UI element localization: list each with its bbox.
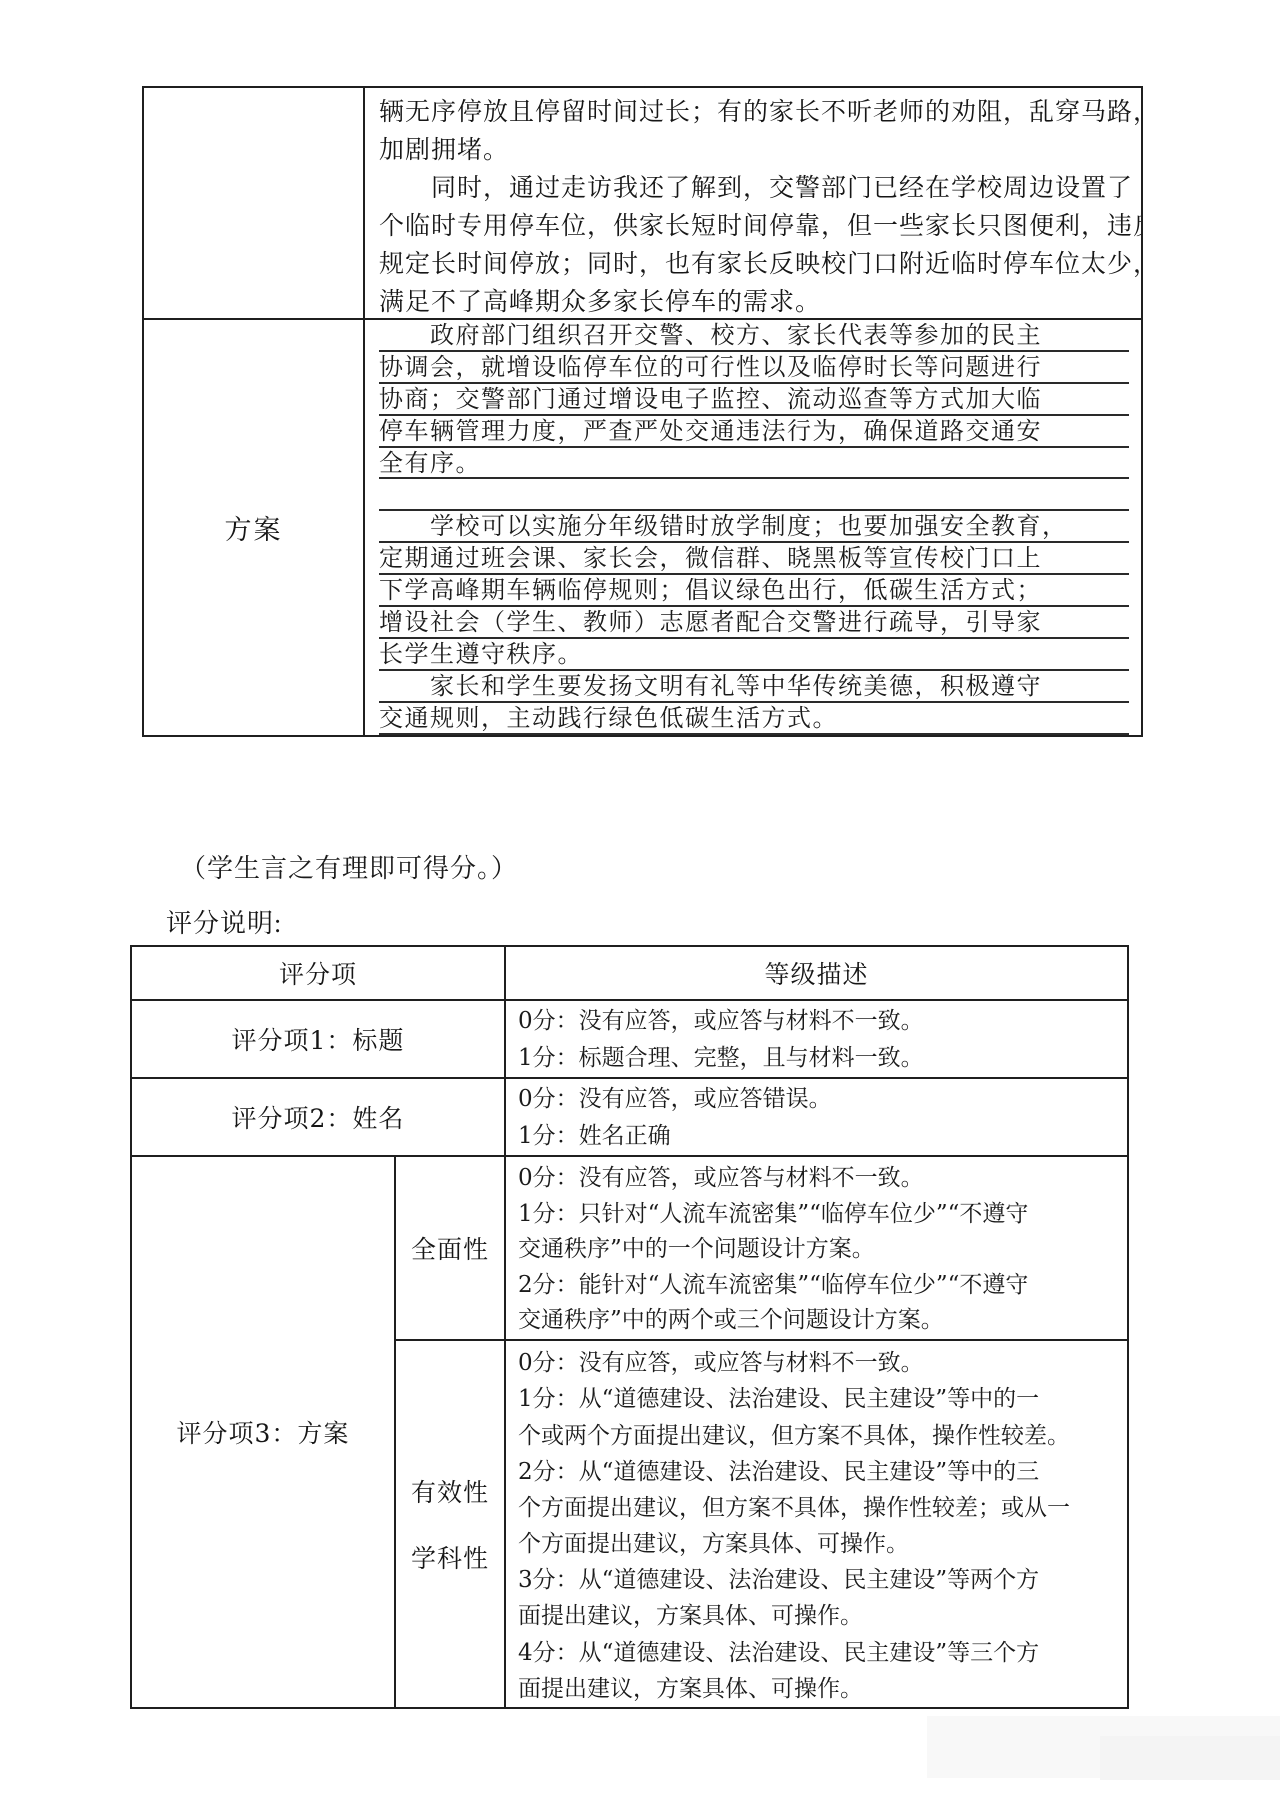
effectiveness-label: 有效性 学科性 <box>396 1341 506 1707</box>
plan-line: 协调会，就增设临停车位的可行性以及临停时长等问题进行 <box>379 352 1129 384</box>
material-text-cell: 辆无序停放且停留时间过长；有的家长不听老师的劝阻，乱穿马路， 加剧拥堵。 同时，… <box>365 88 1141 318</box>
rubric-line: 3分：从“道德建设、法治建设、民主建设”等两个方 <box>518 1562 1121 1598</box>
table-row-material: 辆无序停放且停留时间过长；有的家长不听老师的劝阻，乱穿马路， 加剧拥堵。 同时，… <box>144 88 1141 320</box>
rubric-line: 4分：从“道德建设、法治建设、民主建设”等三个方 <box>518 1635 1121 1671</box>
table-row-plan: 方案 政府部门组织召开交警、校方、家长代表等参加的民主 协调会，就增设临停车位的… <box>144 320 1141 735</box>
item2-label: 评分项2：姓名 <box>132 1079 506 1155</box>
answer-table: 辆无序停放且停留时间过长；有的家长不听老师的劝阻，乱穿马路， 加剧拥堵。 同时，… <box>142 86 1143 737</box>
plan-line: 交通规则，主动践行绿色低碳生活方式。 <box>379 703 1129 735</box>
sublabel-text: 全面性 <box>411 1230 489 1266</box>
rubric-line: 0分：没有应答，或应答错误。 <box>518 1081 1119 1118</box>
material-line: 满足不了高峰期众多家长停车的需求。 <box>379 284 1129 318</box>
table-row-item3: 评分项3：方案 全面性 0分：没有应答，或应答与材料不一致。 1分：只针对“人流… <box>132 1157 1127 1707</box>
scanned-exam-rubric-page: 辆无序停放且停留时间过长；有的家长不听老师的劝阻，乱穿马路， 加剧拥堵。 同时，… <box>0 0 1280 1810</box>
grading-note: （学生言之有理即可得分。） <box>180 848 518 885</box>
header-cell-item: 评分项 <box>132 947 506 999</box>
comprehensiveness-label: 全面性 <box>396 1157 506 1339</box>
rubric-line: 交通秩序”中的两个或三个问题设计方案。 <box>518 1303 1121 1339</box>
plan-line: 下学高峰期车辆临停规则；倡议绿色出行，低碳生活方式； <box>379 575 1129 607</box>
plan-line: 政府部门组织召开交警、校方、家长代表等参加的民主 <box>379 320 1129 352</box>
plan-line: 增设社会（学生、教师）志愿者配合交警进行疏导，引导家 <box>379 607 1129 639</box>
plan-line: 停车辆管理力度，严查严处交通违法行为，确保道路交通安 <box>379 416 1129 448</box>
sublabel-text: 学科性 <box>411 1539 489 1575</box>
item1-label: 评分项1：标题 <box>132 1001 506 1077</box>
scoring-table-header: 评分项 等级描述 <box>132 947 1127 1001</box>
material-line: 同时，通过走访我还了解到，交警部门已经在学校周边设置了 20 <box>379 170 1129 208</box>
plan-row-label: 方案 <box>144 320 365 735</box>
item2-description-cell: 0分：没有应答，或应答错误。 1分：姓名正确 <box>506 1079 1127 1155</box>
rubric-line: 0分：没有应答，或应答与材料不一致。 <box>518 1003 1119 1040</box>
table-row-item1: 评分项1：标题 0分：没有应答，或应答与材料不一致。 1分：标题合理、完整，且与… <box>132 1001 1127 1079</box>
rubric-line: 面提出建议，方案具体、可操作。 <box>518 1598 1121 1634</box>
rubric-line: 0分：没有应答，或应答与材料不一致。 <box>518 1161 1121 1197</box>
plan-line: 定期通过班会课、家长会，微信群、晓黑板等宣传校门口上 <box>379 543 1129 575</box>
rubric-line: 面提出建议，方案具体、可操作。 <box>518 1671 1121 1707</box>
sublabel-text: 有效性 <box>411 1473 489 1509</box>
rubric-line: 交通秩序”中的一个问题设计方案。 <box>518 1232 1121 1268</box>
rubric-line: 2分：能针对“人流车流密集”“临停车位少”“不遵守 <box>518 1268 1121 1304</box>
item1-description-cell: 0分：没有应答，或应答与材料不一致。 1分：标题合理、完整，且与材料一致。 <box>506 1001 1127 1077</box>
watermark-artifact <box>1100 1736 1280 1780</box>
plan-line: 协商；交警部门通过增设电子监控、流动巡查等方式加大临 <box>379 384 1129 416</box>
subrow-effectiveness: 有效性 学科性 0分：没有应答，或应答与材料不一致。 1分：从“道德建设、法治建… <box>396 1341 1127 1707</box>
rubric-line: 1分：标题合理、完整，且与材料一致。 <box>518 1040 1119 1077</box>
subrow-comprehensiveness: 全面性 0分：没有应答，或应答与材料不一致。 1分：只针对“人流车流密集”“临停… <box>396 1157 1127 1341</box>
plan-line-blank <box>379 479 1129 511</box>
material-line: 辆无序停放且停留时间过长；有的家长不听老师的劝阻，乱穿马路， <box>379 94 1129 132</box>
rubric-line: 0分：没有应答，或应答与材料不一致。 <box>518 1345 1121 1381</box>
rubric-line: 个方面提出建议，但方案不具体，操作性较差；或从一 <box>518 1490 1121 1526</box>
plan-line: 全有序。 <box>379 448 1129 480</box>
rubric-line: 1分：只针对“人流车流密集”“临停车位少”“不遵守 <box>518 1197 1121 1233</box>
rubric-line: 2分：从“道德建设、法治建设、民主建设”等中的三 <box>518 1454 1121 1490</box>
item3-subrows: 全面性 0分：没有应答，或应答与材料不一致。 1分：只针对“人流车流密集”“临停… <box>396 1157 1127 1707</box>
rubric-line: 个或两个方面提出建议，但方案不具体，操作性较差。 <box>518 1418 1121 1454</box>
scoring-table: 评分项 等级描述 评分项1：标题 0分：没有应答，或应答与材料不一致。 1分：标… <box>130 945 1129 1709</box>
material-line: 规定长时间停放；同时，也有家长反映校门口附近临时停车位太少， <box>379 246 1129 284</box>
scoring-section-label: 评分说明: <box>166 903 282 940</box>
material-row-label-cell <box>144 88 365 318</box>
material-line: 个临时专用停车位，供家长短时间停靠，但一些家长只图便利，违反 <box>379 208 1129 246</box>
comprehensiveness-description-cell: 0分：没有应答，或应答与材料不一致。 1分：只针对“人流车流密集”“临停车位少”… <box>506 1157 1127 1339</box>
plan-answer-cell: 政府部门组织召开交警、校方、家长代表等参加的民主 协调会，就增设临停车位的可行性… <box>365 320 1141 735</box>
plan-line: 学校可以实施分年级错时放学制度；也要加强安全教育， <box>379 511 1129 543</box>
rubric-line: 个方面提出建议，方案具体、可操作。 <box>518 1526 1121 1562</box>
table-row-item2: 评分项2：姓名 0分：没有应答，或应答错误。 1分：姓名正确 <box>132 1079 1127 1157</box>
rubric-line: 1分：姓名正确 <box>518 1118 1119 1155</box>
rubric-line: 1分：从“道德建设、法治建设、民主建设”等中的一 <box>518 1381 1121 1417</box>
plan-line: 家长和学生要发扬文明有礼等中华传统美德，积极遵守 <box>379 671 1129 703</box>
header-cell-description: 等级描述 <box>506 947 1127 999</box>
item3-label: 评分项3：方案 <box>132 1157 396 1707</box>
effectiveness-description-cell: 0分：没有应答，或应答与材料不一致。 1分：从“道德建设、法治建设、民主建设”等… <box>506 1341 1127 1707</box>
plan-line: 长学生遵守秩序。 <box>379 639 1129 671</box>
material-line: 加剧拥堵。 <box>379 132 1129 170</box>
